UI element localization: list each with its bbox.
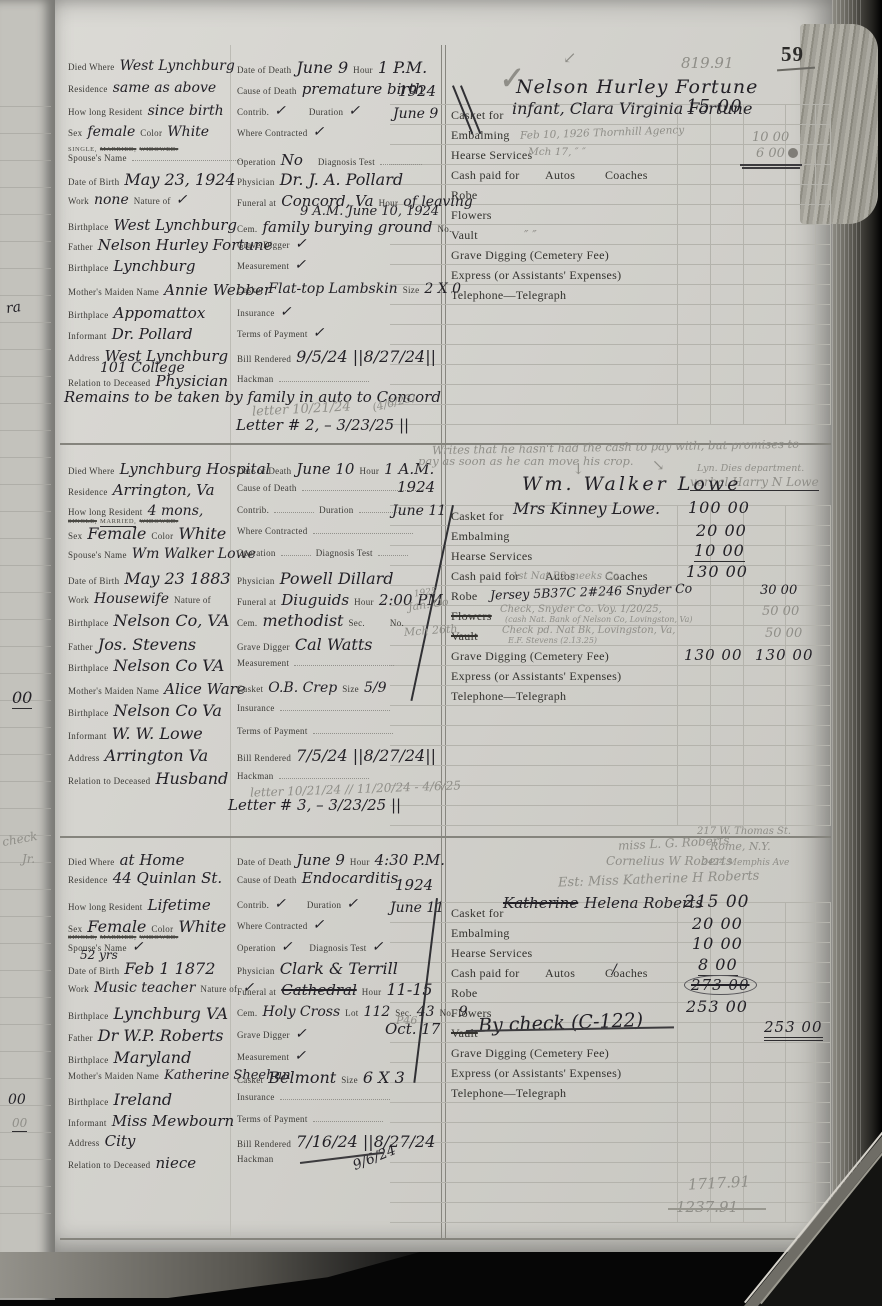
form-label: Father (68, 642, 93, 652)
sum-underline (740, 164, 802, 166)
page-bottom-curl (0, 1252, 420, 1298)
blank-line (279, 769, 369, 779)
margin-fragment: ra (5, 299, 22, 317)
form-label: Measurement (237, 1052, 289, 1062)
form-line: InformantMiss Mewbourn (68, 1112, 234, 1130)
facing-page-ruling (0, 80, 51, 1240)
form-value: 43 (417, 1004, 435, 1020)
ledger-amount-struck: 273 00 (684, 975, 757, 995)
form-label: Terms of Payment (237, 726, 308, 736)
ledger-amount: 130 00 (684, 646, 743, 664)
form-label: Informant (68, 331, 107, 341)
form-value: 4:30 P.M. (375, 851, 445, 869)
grid-vline (815, 505, 816, 825)
form-value: Diuguids (281, 591, 349, 609)
form-line: CasketFlat-top LambskinSize2 X 0 (237, 281, 461, 297)
form-line: AddressArrington Va (68, 746, 208, 765)
form-label: Spouse's Name (68, 153, 127, 163)
form-value: Jos. Stevens (98, 635, 196, 654)
check-mark: ✓ (313, 325, 325, 341)
form-line: PhysicianPowell Dillard (237, 569, 394, 588)
form-label: Sex (68, 128, 82, 138)
margin-fragment: 00 (8, 1092, 26, 1108)
pencil-arrow-icon: ↙ (563, 48, 576, 67)
ledger-label: Telephone—Telegraph (451, 1086, 566, 1101)
ledger-label: Express (or Assistants' Expenses) (451, 1066, 621, 1081)
form-line: Hackman (237, 372, 369, 384)
grid-vline (785, 104, 786, 424)
ledger-label: Autos (545, 168, 575, 183)
form-line: InformantW. W. Lowe (68, 724, 203, 743)
blank-line (280, 701, 390, 711)
pencil-strike (668, 1208, 766, 1210)
form-value: since birth (148, 103, 224, 119)
form-label: Cem. (237, 224, 257, 234)
ledger-label: Cash paid for (451, 569, 520, 584)
form-label: Lot (345, 1008, 358, 1018)
grid-vline (710, 104, 711, 424)
form-value: West Lynchburg (120, 58, 235, 74)
form-line: Contrib.✓Duration✓ (237, 103, 360, 119)
form-line: Relation to DeceasedHusband (68, 769, 228, 788)
form-label: Date of Death (237, 857, 291, 867)
form-label: Birthplace (68, 263, 109, 273)
form-label: Nature of (174, 595, 211, 605)
blank-line (378, 546, 408, 556)
ledger-amount-paid: 130 00 (755, 646, 814, 664)
form-line: BirthplaceIreland (68, 1090, 172, 1109)
form-line: InformantDr. Pollard (68, 325, 193, 343)
form-label: How long Resident (68, 107, 143, 117)
ledger-label-struck: Vault (451, 1026, 478, 1041)
form-label: Measurement (237, 658, 289, 668)
form-value: Husband (155, 769, 228, 788)
form-label: Relation to Deceased (68, 378, 150, 388)
form-label: Hackman (237, 1154, 274, 1164)
form-value: Dr W.P. Roberts (98, 1026, 224, 1045)
pencil-amount: 50 00 (762, 604, 799, 619)
blank-line (380, 155, 422, 165)
form-label: Relation to Deceased (68, 776, 150, 786)
ledger-amount-paid: 253 00 (764, 1018, 823, 1041)
form-value: Arrington, Va (113, 481, 215, 499)
form-value: 4 mons, (148, 503, 204, 519)
form-line: WorknoneNature of✓ (68, 192, 187, 208)
form-line: Date of BirthFeb 1 1872 (68, 959, 215, 978)
form-label: Funeral at (237, 987, 276, 997)
blank-line (294, 656, 394, 666)
form-label: Funeral at (237, 198, 276, 208)
form-label: Mother's Maiden Name (68, 1071, 159, 1081)
form-label: No. (390, 618, 404, 628)
form-label: Operation (237, 548, 276, 558)
form-label: Grave Digger (237, 642, 290, 652)
form-line: Relation to Deceasedniece (68, 1154, 196, 1172)
form-label: Color (151, 531, 173, 541)
form-label: Mother's Maiden Name (68, 287, 159, 297)
form-line: Insurance (237, 1090, 390, 1102)
ledger-label: Grave Digging (Cemetery Fee) (451, 248, 609, 263)
form-label: Died Where (68, 62, 115, 72)
form-value: 44 Quinlan St. (113, 869, 223, 887)
form-line: Date of DeathJune 10Hour1 A.M. (237, 460, 434, 478)
form-label: Insurance (237, 1092, 275, 1102)
form-line: Where Contracted✓ (237, 917, 324, 933)
ledger-amount: 15 00 (686, 96, 743, 117)
form-line: WorkHousewifeNature of (68, 591, 211, 607)
margin-fragment: Jr. (22, 852, 35, 866)
form-line: Measurement✓ (237, 1048, 306, 1064)
form-line: Cause of Death (237, 481, 422, 493)
form-line: How long Resident4 mons, (68, 503, 203, 519)
ledger-date: June 9 (393, 106, 438, 122)
form-value: 9/5/24 ||8/27/24|| (296, 347, 436, 366)
check-mark: ✓ (346, 896, 358, 912)
pencil-note: (cash Nat. Bank of Nelson Co, Lovingston… (505, 615, 692, 624)
form-label: Hour (350, 857, 370, 867)
form-line: Terms of Payment (237, 724, 393, 736)
ledger-label: Embalming (451, 529, 510, 544)
form-line: Died WhereWest Lynchburg (68, 58, 235, 74)
form-label: Casket (237, 684, 263, 694)
ledger-label: Embalming (451, 926, 510, 941)
form-value: 6 X 3 (363, 1068, 405, 1087)
pencil-note: Check pd. Nat Bk, Lovingston, Va, (502, 625, 675, 636)
ledger-label: Casket for (451, 509, 504, 524)
form-label: Where Contracted (237, 921, 308, 931)
form-label: Diagnosis Test (318, 157, 375, 167)
form-label: Birthplace (68, 618, 109, 628)
form-label: Physician (237, 966, 275, 976)
form-label: Bill Rendered (237, 1139, 291, 1149)
form-value: Flat-top Lambskin (268, 281, 397, 297)
form-line: Spouse's Name (68, 151, 242, 163)
pencil-note: Check, Snyder Co. Voy. 1/20/25, (500, 604, 662, 615)
grid-vline (677, 902, 678, 1222)
ledger-amount: 253 00 (686, 997, 748, 1016)
form-label: How long Resident (68, 902, 143, 912)
ledger-entry: Mrs Kinney Lowe. (513, 499, 660, 518)
form-label: Died Where (68, 466, 115, 476)
ledger-label: Vault (451, 228, 478, 243)
page-number: 59 (781, 42, 804, 67)
form-value: Arrington Va (105, 746, 209, 765)
form-label: Residence (68, 487, 108, 497)
form-line: Contrib.Duration (237, 503, 399, 515)
check-mark: ✓ (280, 304, 292, 320)
ledger-amount: 100 00 (688, 498, 750, 517)
form-line: BirthplaceNelson Co Va (68, 701, 222, 720)
form-label: Cause of Death (237, 86, 297, 96)
grid-vline (815, 104, 816, 424)
form-line: SexFemaleColorWhite (68, 524, 226, 543)
deceased-name: Wm. Walker Lowe (522, 473, 741, 495)
form-label: Cem. (237, 618, 257, 628)
grid-vline (785, 505, 786, 825)
form-line: Date of BirthMay 23, 1924 (68, 170, 236, 189)
page-bottom-rule (60, 1238, 831, 1240)
pencil-amount: 6 00 (756, 146, 785, 161)
form-label: Grave Digger (237, 240, 290, 250)
ledger-label: Flowers (451, 208, 492, 223)
form-value: 9 (459, 1004, 468, 1020)
form-value: Music teacher (94, 980, 195, 996)
form-label: Insurance (237, 308, 275, 318)
form-line: Measurement (237, 656, 394, 668)
form-line: Died Whereat Home (68, 851, 185, 869)
form-value: June 9 (296, 58, 348, 77)
form-label: Address (68, 1138, 100, 1148)
form-line: Measurement✓ (237, 257, 306, 273)
check-mark: ✓ (295, 236, 307, 252)
pencil-smudge (788, 148, 798, 158)
form-value: at Home (120, 851, 185, 869)
form-label: Relation to Deceased (68, 1160, 150, 1170)
form-label: Terms of Payment (237, 329, 308, 339)
form-label: Cause of Death (237, 875, 297, 885)
form-label: Died Where (68, 857, 115, 867)
pencil-address: Rome, N.Y. (710, 840, 771, 853)
form-label: Contrib. (237, 505, 269, 515)
form-line: PhysicianDr. J. A. Pollard (237, 170, 403, 189)
ledger-date: June 11 (392, 503, 446, 519)
form-label: Hour (353, 65, 373, 75)
form-value: Ireland (114, 1090, 173, 1109)
deceased-name: Nelson Hurley Fortune (516, 76, 758, 98)
check-mark: ✓ (281, 939, 293, 955)
form-label: Birthplace (68, 310, 109, 320)
form-value: 2 X 0 (424, 281, 461, 297)
grid-vline (677, 104, 678, 424)
ledger-label: Cash paid for (451, 168, 520, 183)
form-line: Hackman (237, 769, 369, 781)
form-line: Terms of Payment (237, 1112, 383, 1124)
ledger-year: 1924 (397, 478, 435, 496)
form-label: Terms of Payment (237, 1114, 308, 1124)
form-label: Sec. (348, 618, 364, 628)
form-value: 7/16/24 ||8/27/24 (296, 1132, 435, 1151)
form-line: Where Contracted✓ (237, 124, 324, 140)
form-line: BirthplaceWest Lynchburg (68, 216, 237, 234)
pencil-note: Mch 17, ″ ″ (528, 146, 586, 158)
form-line: Mother's Maiden NameAlice Ware (68, 680, 246, 698)
form-line: BirthplaceNelson Co, VA (68, 611, 229, 630)
form-label: Physician (237, 576, 275, 586)
form-line: CasketBelmontSize6 X 3 (237, 1068, 405, 1087)
pencil-total: 1717.91 (688, 1172, 751, 1193)
form-value: West Lynchburg (114, 216, 238, 234)
form-line: WorkMusic teacherNature of✓ (68, 980, 254, 996)
form-label: Hour (354, 597, 374, 607)
form-label: Diagnosis Test (309, 943, 366, 953)
form-value: female (87, 124, 135, 140)
form-label: Hour (359, 466, 379, 476)
ledger-label: Grave Digging (Cemetery Fee) (451, 1046, 609, 1061)
form-line: Residence44 Quinlan St. (68, 869, 222, 887)
form-line: BirthplaceLynchburg VA (68, 1004, 228, 1023)
form-label: Birthplace (68, 1011, 109, 1021)
form-label: Physician (237, 177, 275, 187)
form-label: Date of Birth (68, 966, 119, 976)
form-line: Contrib.✓Duration✓ (237, 896, 358, 912)
form-line: Where Contracted (237, 524, 413, 536)
blank-line (279, 372, 369, 382)
sum-underline (742, 167, 800, 169)
grid-vline (830, 505, 831, 825)
margin-fragment: 00 (12, 1116, 27, 1132)
pencil-address: 2424 Memphis Ave (702, 858, 789, 868)
pencil-note: 1st Nat B2 meeks Co. (512, 571, 622, 582)
form-line: Cause of DeathEndocarditis (237, 869, 398, 887)
form-label: Where Contracted (237, 526, 308, 536)
form-value: none (94, 192, 129, 208)
pencil-amount: 10 00 (752, 130, 789, 145)
ledger-label: Telephone—Telegraph (451, 689, 566, 704)
form-label: Hackman (237, 771, 274, 781)
form-label: Date of Birth (68, 177, 119, 187)
handwritten-note: Letter # 3, – 3/23/25 || (228, 796, 401, 814)
form-label: Date of Death (237, 65, 291, 75)
form-label: Work (68, 595, 89, 605)
form-line: BirthplaceAppomattox (68, 304, 205, 322)
form-label: Father (68, 242, 93, 252)
form-value: 7/5/24 ||8/27/24|| (296, 746, 436, 765)
ledger-mark: / (612, 962, 617, 978)
form-label: Spouse's Name (68, 550, 127, 560)
form-label: Operation (237, 157, 276, 167)
blank-line (313, 1112, 383, 1122)
form-line: Funeral atCathedralHour11-15 (237, 980, 433, 999)
form-label: No. (440, 1008, 454, 1018)
handwritten-note: Letter # 2, – 3/23/25 || (236, 416, 409, 434)
ledger-amount-paid: 30 00 (760, 583, 797, 598)
form-line: Operation✓Diagnosis Test✓ (237, 939, 383, 955)
form-label: Birthplace (68, 663, 109, 673)
form-value: 112 (364, 1004, 391, 1020)
form-label: Residence (68, 84, 108, 94)
form-line: Date of BirthMay 23 1883 (68, 569, 231, 588)
form-value: Feb 1 1872 (124, 959, 215, 978)
form-line: BirthplaceLynchburg (68, 257, 195, 275)
form-value: White (167, 124, 209, 140)
check-mark: ✓ (313, 917, 325, 933)
form-value: Dr. J. A. Pollard (280, 170, 403, 189)
check-mark: ✓ (274, 103, 286, 119)
form-value: methodist (262, 611, 343, 630)
form-value: City (105, 1132, 136, 1150)
ledger-year: 1924 (395, 876, 433, 894)
form-value: Lynchburg (114, 257, 196, 275)
form-line: How long Residentsince birth (68, 103, 224, 119)
form-label: How long Resident (68, 507, 143, 517)
form-value: family burying ground (262, 218, 432, 236)
blank-line (280, 1090, 390, 1100)
form-label: Father (68, 1033, 93, 1043)
form-line: Residencesame as above (68, 80, 216, 96)
form-label: Birthplace (68, 222, 109, 232)
ledger-amount: 215 00 (684, 892, 749, 912)
form-value: O.B. Crep (268, 680, 337, 696)
form-label: Duration (319, 505, 353, 515)
form-line: CasketO.B. CrepSize5/9 (237, 680, 386, 696)
pencil-note: E.F. Stevens (2.13.25) (508, 636, 597, 645)
form-line: Insurance✓ (237, 304, 291, 320)
form-value: Nelson Co Va (114, 701, 222, 720)
form-value: June 10 (296, 460, 354, 478)
form-line: ResidenceArrington, Va (68, 481, 215, 499)
ledger-label: Express (or Assistants' Expenses) (451, 669, 621, 684)
form-label: Cause of Death (237, 483, 297, 493)
form-label: Nature of (200, 984, 237, 994)
ledger-label: Hearse Services (451, 549, 532, 564)
form-line: Terms of Payment✓ (237, 325, 324, 341)
check-mark: ✓ (348, 103, 360, 119)
ledger-label: Hearse Services (451, 148, 532, 163)
form-label: Date of Death (237, 466, 291, 476)
form-line: Bill Rendered7/5/24 ||8/27/24|| (237, 746, 436, 765)
ledger-amount-total: 130 00 (686, 562, 748, 581)
form-label: Nature of (134, 196, 171, 206)
ledger-amount: 10 00 (694, 541, 745, 562)
form-label: Work (68, 196, 89, 206)
form-value: same as above (113, 80, 216, 96)
form-label: Where Contracted (237, 128, 308, 138)
form-label: Duration (307, 900, 341, 910)
blank-line (313, 524, 413, 534)
form-label: Color (140, 128, 162, 138)
form-label: Casket (237, 1075, 263, 1085)
form-label: Mother's Maiden Name (68, 686, 159, 696)
form-line: AddressCity (68, 1132, 135, 1150)
form-label: Contrib. (237, 900, 269, 910)
form-line: FatherDr W.P. Roberts (68, 1026, 223, 1045)
margin-fragment: 00 (12, 688, 32, 709)
form-line: How long ResidentLifetime (68, 896, 211, 914)
form-label: Date of Birth (68, 576, 119, 586)
form-value: June 9 (296, 851, 345, 869)
ledger-amount: 20 00 (696, 521, 747, 540)
check-mark: ✓ (274, 896, 286, 912)
form-label: Birthplace (68, 1055, 109, 1065)
form-line: FatherJos. Stevens (68, 635, 196, 654)
form-value: Endocarditis (302, 869, 399, 887)
form-value: 1 P.M. (378, 58, 427, 77)
form-line: Cem.family burying groundNo. (237, 218, 452, 236)
form-line: Date of DeathJune 9Hour1 P.M. (237, 58, 427, 77)
form-label: Size (341, 1075, 358, 1085)
check-mark: ✓ (176, 192, 188, 208)
form-line: Cem.Holy CrossLot112Sec.43No.9 (237, 1004, 468, 1020)
ledger-label: Grave Digging (Cemetery Fee) (451, 649, 609, 664)
form-label: Informant (68, 731, 107, 741)
ledger-label: Casket for (451, 906, 504, 921)
form-label: Color (151, 924, 173, 934)
form-label: Measurement (237, 261, 289, 271)
form-value: Housewife (94, 591, 169, 607)
grid-vline (677, 505, 678, 825)
form-line: BirthplaceMaryland (68, 1048, 191, 1067)
form-label: Informant (68, 1118, 107, 1128)
form-line: Hackman (237, 1154, 274, 1164)
form-value: 9 A.M. June 10, 1924 (300, 204, 439, 219)
form-label: Work (68, 984, 89, 994)
form-line: Bill Rendered7/16/24 ||8/27/24 (237, 1132, 435, 1151)
form-label: Size (342, 684, 359, 694)
form-value: Cal Watts (295, 635, 373, 654)
form-value: Alice Ware (164, 680, 246, 698)
form-label: Insurance (237, 703, 275, 713)
grid-vline (830, 902, 831, 1222)
